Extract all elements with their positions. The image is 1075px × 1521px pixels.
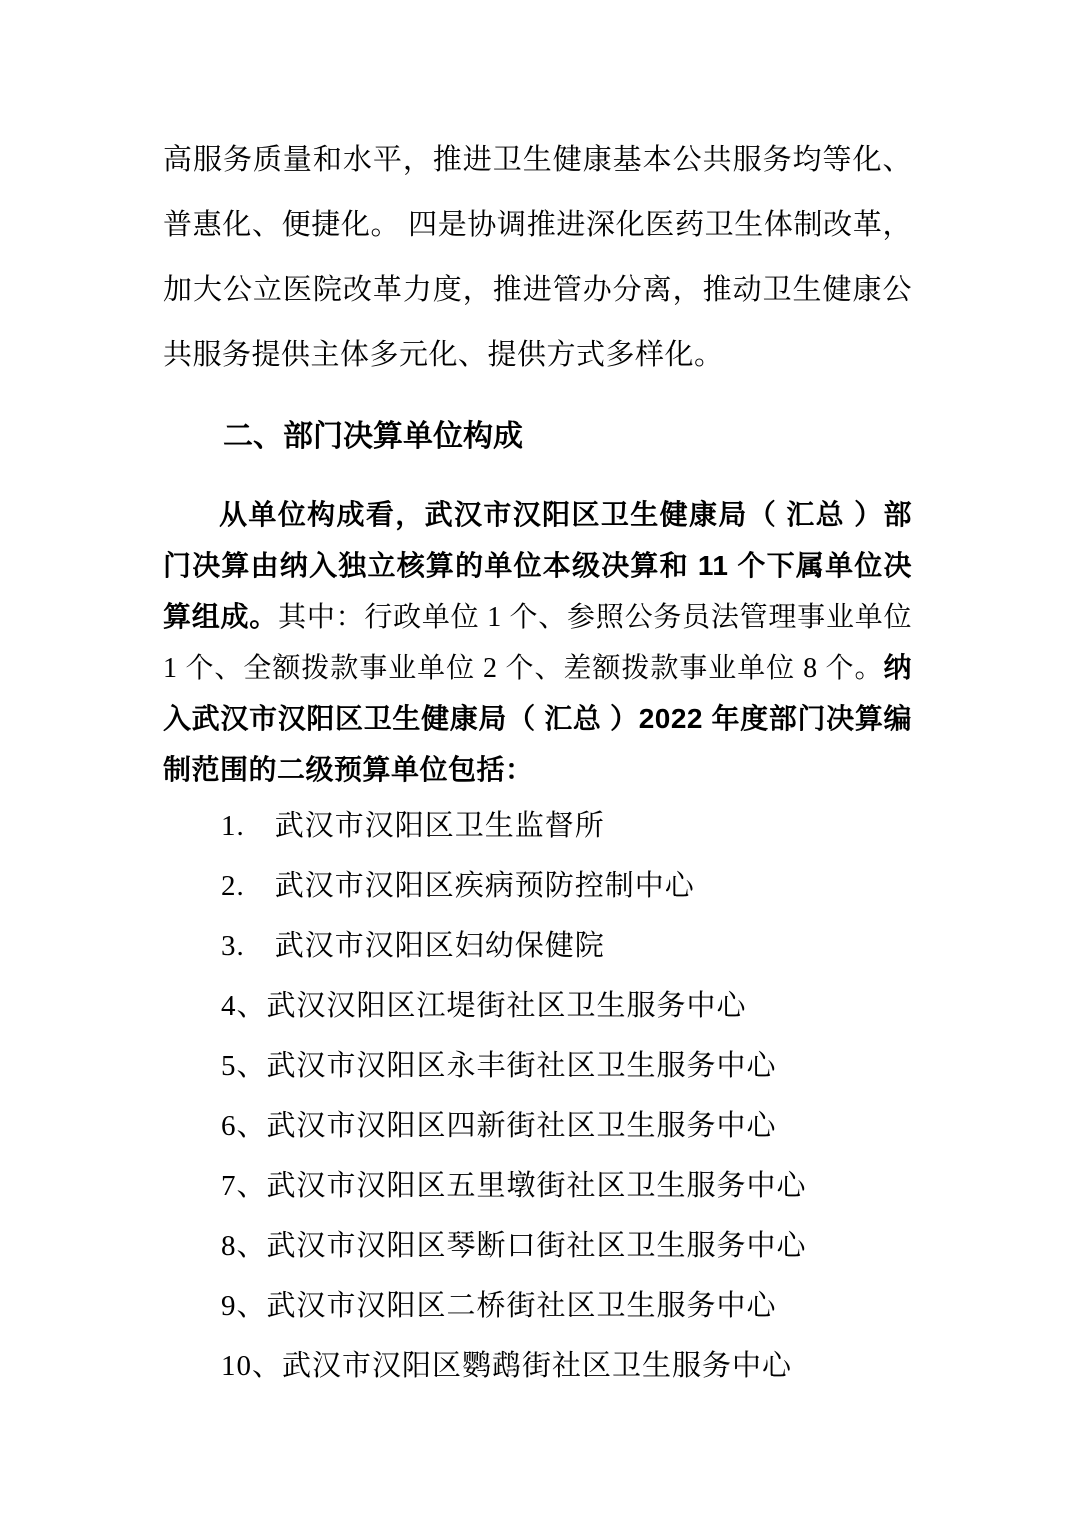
paragraph-continuation: 高服务质量和水平，推进卫生健康基本公共服务均等化、普惠化、便捷化。 四是协调推进… [163,128,912,388]
composition-paragraph: 从单位构成看，武汉市汉阳区卫生健康局（ 汇总 ）部门决算由纳入独立核算的单位本级… [163,490,912,796]
unit-list-item-5: 5、武汉市汉阳区永丰街社区卫生服务中心 [163,1036,912,1096]
unit-list: 1. 武汉市汉阳区卫生监督所 2. 武汉市汉阳区疾病预防控制中心 3. 武汉市汉… [163,796,912,1396]
unit-list-item-6: 6、武汉市汉阳区四新街社区卫生服务中心 [163,1096,912,1156]
unit-list-item-4: 4、武汉汉阳区江堤街社区卫生服务中心 [163,976,912,1036]
unit-list-item-9: 9、武汉市汉阳区二桥街社区卫生服务中心 [163,1276,912,1336]
unit-list-item-10: 10、武汉市汉阳区鹦鹉街社区卫生服务中心 [163,1336,912,1396]
unit-list-item-3: 3. 武汉市汉阳区妇幼保健院 [163,916,912,976]
document-page: 高服务质量和水平，推进卫生健康基本公共服务均等化、普惠化、便捷化。 四是协调推进… [0,0,1075,1521]
unit-list-item-8: 8、武汉市汉阳区琴断口街社区卫生服务中心 [163,1216,912,1276]
section-heading: 二、部门决算单位构成 [163,414,912,460]
unit-list-item-2: 2. 武汉市汉阳区疾病预防控制中心 [163,856,912,916]
unit-list-item-7: 7、武汉市汉阳区五里墩街社区卫生服务中心 [163,1156,912,1216]
unit-list-item-1: 1. 武汉市汉阳区卫生监督所 [163,796,912,856]
